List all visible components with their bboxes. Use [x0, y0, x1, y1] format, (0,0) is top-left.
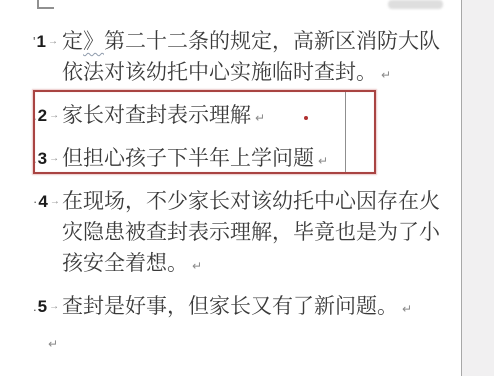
- formatting-dot-mark: ·: [33, 194, 37, 209]
- tab-character-mark: →: [49, 153, 59, 164]
- paragraph-list: ' 1 → 定》第二十二条的规定，高新区消防大队依法对该幼托中心实施临时查封。↵…: [0, 26, 460, 322]
- paragraph-lines: 但担心孩子下半年上学问题↵: [62, 143, 460, 174]
- tab-character-mark: →: [48, 36, 58, 47]
- list-item[interactable]: . 2 → 家长对查封表示理解↵: [0, 100, 460, 131]
- list-number-block: ' 1 →: [33, 26, 58, 57]
- item-number: 1: [36, 32, 45, 52]
- tab-character-mark: →: [50, 196, 60, 207]
- formatting-dot-mark: ': [33, 34, 35, 49]
- text-line[interactable]: 在现场，不少家长对该幼托中心因存在火: [62, 186, 460, 217]
- item-number: 3: [38, 149, 47, 169]
- item-number: 4: [38, 192, 47, 212]
- item-number: 5: [38, 297, 47, 317]
- formatting-dot-mark: .: [33, 151, 37, 166]
- text-line[interactable]: 孩安全着想。↵: [62, 248, 460, 279]
- list-item[interactable]: . 3 → 但担心孩子下半年上学问题↵: [0, 143, 460, 174]
- text-line[interactable]: 但担心孩子下半年上学问题↵: [62, 143, 460, 174]
- document-content[interactable]: ' 1 → 定》第二十二条的规定，高新区消防大队依法对该幼托中心实施临时查封。↵…: [0, 0, 460, 354]
- formatting-dot-mark: .: [33, 108, 37, 123]
- list-number-block: · 4 →: [33, 186, 60, 217]
- text-line[interactable]: 家长对查封表示理解↵: [62, 100, 460, 131]
- text-line[interactable]: 灾隐患被查封表示理解，毕竟也是为了小: [62, 217, 460, 248]
- list-number-block: . 2 →: [33, 100, 59, 131]
- text-line[interactable]: 查封是好事，但家长又有了新问题。↵: [62, 291, 460, 322]
- paragraph-end-mark: ↵: [402, 302, 412, 316]
- list-item[interactable]: ' 1 → 定》第二十二条的规定，高新区消防大队依法对该幼托中心实施临时查封。↵: [0, 26, 460, 88]
- paragraph-end-mark: ↵: [192, 259, 202, 273]
- paragraph-lines: 查封是好事，但家长又有了新问题。↵: [62, 291, 460, 322]
- list-number-block: . 5 →: [33, 291, 59, 322]
- word-document-page[interactable]: ' 1 → 定》第二十二条的规定，高新区消防大队依法对该幼托中心实施临时查封。↵…: [0, 0, 494, 376]
- text-line[interactable]: 定》第二十二条的规定，高新区消防大队: [62, 26, 460, 57]
- item-number: 2: [38, 106, 47, 126]
- grammar-check-wavy-underline: 》: [83, 29, 104, 53]
- tab-character-mark: →: [49, 110, 59, 121]
- paragraph-lines: 定》第二十二条的规定，高新区消防大队依法对该幼托中心实施临时查封。↵: [62, 26, 460, 88]
- paragraph-end-mark: ↵: [381, 68, 391, 82]
- list-item[interactable]: · 4 → 在现场，不少家长对该幼托中心因存在火灾隐患被查封表示理解，毕竟也是为…: [0, 186, 460, 279]
- list-item[interactable]: . 5 → 查封是好事，但家长又有了新问题。↵: [0, 291, 460, 322]
- app-background-strip: [461, 0, 494, 376]
- paragraph-lines: 家长对查封表示理解↵: [62, 100, 460, 131]
- list-number-block: . 3 →: [33, 143, 59, 174]
- tab-character-mark: →: [49, 301, 59, 312]
- formatting-dot-mark: .: [33, 299, 37, 314]
- paragraph-lines: 在现场，不少家长对该幼托中心因存在火灾隐患被查封表示理解，毕竟也是为了小孩安全着…: [62, 186, 460, 279]
- paragraph-end-mark: ↵: [255, 111, 265, 125]
- text-line[interactable]: 依法对该幼托中心实施临时查封。↵: [62, 57, 460, 88]
- empty-paragraph-mark: ↵: [48, 334, 460, 354]
- paragraph-end-mark: ↵: [318, 154, 328, 168]
